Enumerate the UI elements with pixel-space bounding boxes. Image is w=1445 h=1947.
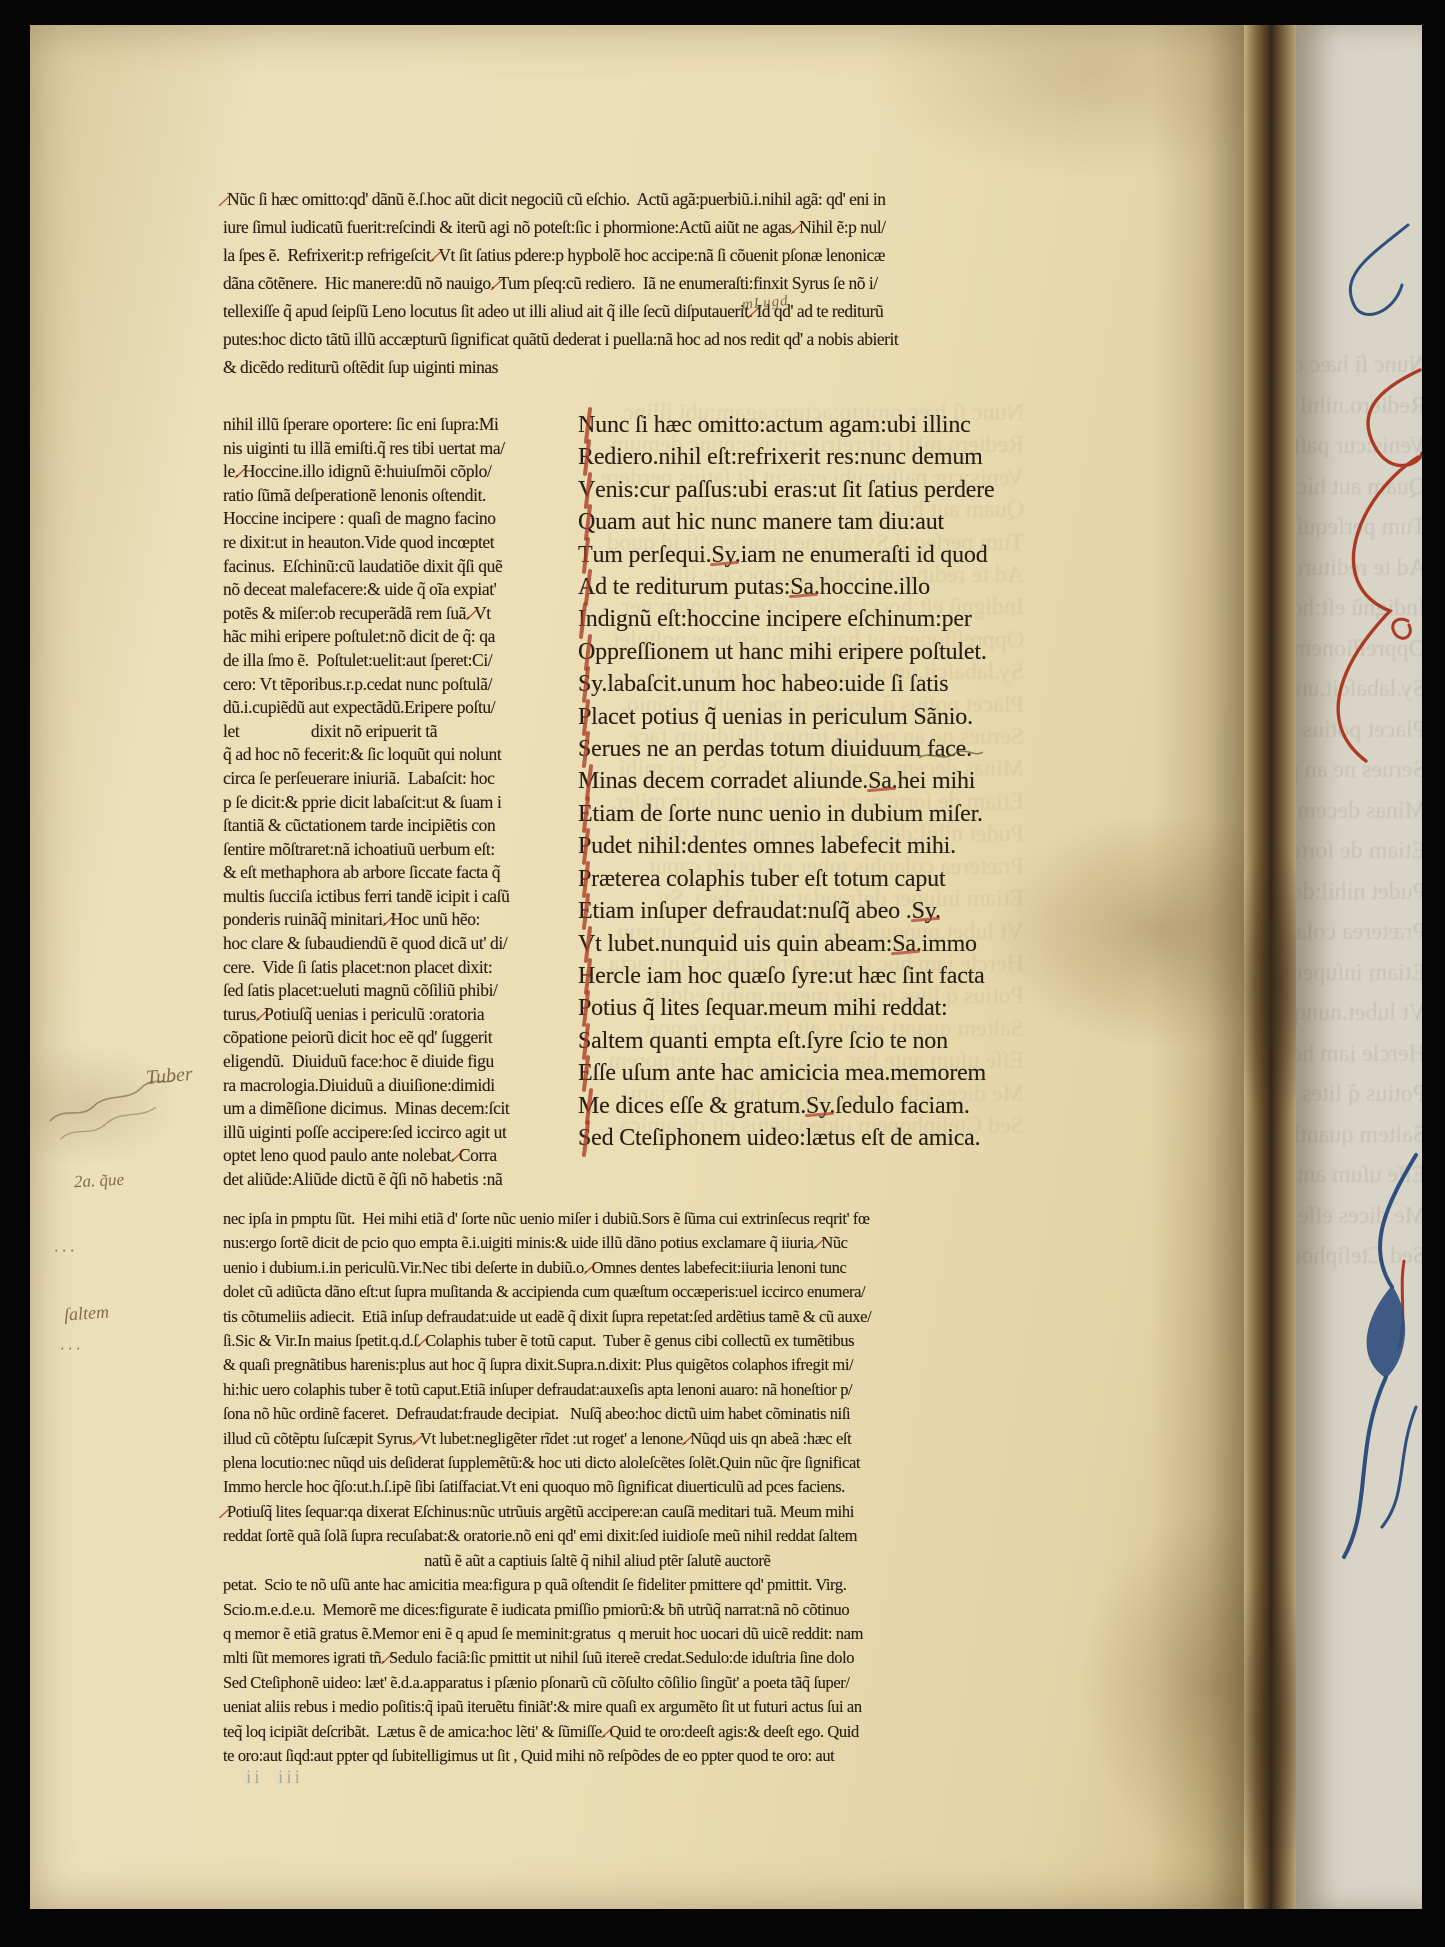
cradle-tab-bottom [722,1933,762,1947]
paraph-mark: ∕∕ [491,270,500,298]
text-line: natũ ẽ aũt a captiuis ſaltẽ q̃ nihil ali… [223,1549,1015,1573]
text-line: mlti ſũt memores igrati tñ.∕∕Sedulo faci… [223,1646,1015,1670]
quire-signature: ii iii [246,1767,303,1789]
margin-note-saltem: ſaltem [63,1301,109,1325]
bottom-commentary-block: nec ipſa in pmptu ſũt. Hei mihi etiã d' … [223,1207,1015,1768]
gutter-crease-shadow [1150,25,1244,1909]
text-line: Oppreſſionem ut hanc mihi eripere poſtul… [1296,629,1422,670]
text-line: Eſſe uſum ante hac amicicia mea.memorem [1296,1155,1422,1196]
rubricated-initial: P [578,992,591,1024]
text-line: & dicẽdo rediturũ oſtẽdit ſup uiginti mi… [223,353,1013,381]
text-line: teq̃ loq icipiãt deſcribãt. Lætus ẽ de a… [223,1720,1015,1744]
text-line: hoc clare & ſubaudiendũ ẽ quod dicã ut' … [223,932,577,956]
rubricated-initial: P [578,830,591,862]
rubricated-initial: A [578,571,595,603]
text-line: ratio ſũmã deſperationẽ lenonis oſtendit… [223,484,577,508]
text-line: Ad te rediturum putas:Sa.hoccine.illo [578,571,1008,603]
text-line: Pudet nihil:dentes omnes labefecit mihi. [578,830,1008,862]
text-line: Quam aut hic nunc manere tam diu:aut [578,506,1008,538]
rubricated-initial: M [578,765,599,797]
text-line: Minas decem corradet aliunde.Sa.hei mihi [578,765,1008,797]
text-line: Minas decem corradet aliunde.Sa.hei mihi [1296,791,1422,832]
text-line: det aliũde:Aliũde dictũ ẽ q̃ſi nõ habeti… [223,1168,577,1192]
text-line: Sy.labaſcit.unum hoc habeo:uide ſi ſatis [1296,669,1422,710]
text-line: ponderis ruinãq̃ minitari.∕∕Hoc unũ hẽo: [223,908,577,932]
book-spine-gutter [1244,25,1296,1909]
paraph-mark: ∕∕ [418,1330,426,1354]
text-line: hi:hic uero colaphis tuber ẽ totũ caput.… [223,1378,1015,1402]
text-line: Eſſe uſum ante hac amicicia mea.memorem [578,1057,1008,1089]
text-line: Vt lubet.nunquid uis quin abeam:Sa.immo [578,928,1008,960]
rubricated-initial: V [578,474,595,506]
paraph-mark: ∕∕ [452,1145,460,1169]
text-line: illũ uiginti poſſe accipere:ſed iccirco … [223,1121,577,1145]
text-line: Sy.labaſcit.unum hoc habeo:uide ſi ſatis [578,668,1008,700]
left-page: Nunc ſi hæc omitto:actum agam:ubi illinc… [30,25,1244,1909]
text-line: turus.∕∕Potiuſq̃ uenias i periculũ :orat… [223,1003,577,1027]
text-line: q memor ẽ etiã gratus ẽ.Memor eni ẽ q ap… [223,1622,1015,1646]
text-line: facinus. Eſchinũ:cũ laudatiõe dixit q̃ſi… [223,555,577,579]
main-text-column: Nunc ſi hæc omitto:actum agam:ubi illinc… [578,409,1008,1154]
text-line: Hoccine incipere : quaſi de magno facino [223,507,577,531]
rubricated-initial: E [578,798,592,830]
text-line: ∕∕Nũc ſi hæc omitto:qd' dãnũ ẽ.ſ.hoc aũt… [223,185,1013,213]
text-line: Immo hercle hoc q̃ſo:ut.h.ſ.ipẽ ſibi ſat… [223,1475,1015,1499]
text-line: le.∕∕Hoccine.illo idignũ ẽ:huiuſmõi cõpl… [223,460,577,484]
text-line: eligendũ. Diuiduũ face:hoc ẽ diuide figu [223,1050,577,1074]
text-line: let dixit nõ eripuerit tã [223,720,577,744]
text-line: Oppreſſionem ut hanc mihi eripere poſtul… [578,636,1008,668]
text-line: nihil illũ ſperare oportere: ſic eni ſup… [223,413,577,437]
text-line: reddat ſortẽ quã ſolã ſupra recuſabat:& … [223,1524,1015,1548]
text-line: Indignũ eſt:hoccine incipere eſchinum:pe… [1296,588,1422,629]
facing-page-ghost-text: Nunc ſi hæc omitto:actum agam:ubi illinc… [1296,345,1422,1277]
text-line: potẽs & miſer:ob recuperãdã rem ſuã.∕∕Vt [223,602,577,626]
paraph-mark: ∕∕ [382,1647,390,1671]
text-line: cero: Vt tẽporibus.r.p.cedat nunc poſtul… [223,673,577,697]
text-line: Venis:cur paſſus:ubi eras:ut ſit ſatius … [1296,426,1422,467]
text-line: Nunc ſi hæc omitto:actum agam:ubi illinc [1296,345,1422,386]
text-line: Etiam de ſorte nunc uenio in dubium miſe… [1296,831,1422,872]
paraph-mark: ∕∕ [257,1004,265,1028]
text-line: Sed Cteſiphonem uideo:lætus eſt de amica… [1296,1236,1422,1277]
text-line: ra macrologia.Diuiduũ a diuiſione:dimidi [223,1074,577,1098]
paraph-mark: ∕∕ [430,242,439,270]
text-line: tis cõtumeliis adiecit. Etiã inſup defra… [223,1305,1015,1329]
rubricated-initial: M [578,1090,599,1122]
rubricated-initial: R [578,441,594,473]
text-line: ſentire mõſtraret:nã ichoatiuũ uerbum eſ… [223,838,577,862]
text-line: putes:hoc dicto tãtũ illũ accæpturũ ſign… [223,325,1013,353]
text-line: Serues ne an perdas totum diuiduum face. [1296,750,1422,791]
paraph-mark: ∕∕ [584,1257,592,1281]
rubricated-initial: S [578,668,591,700]
text-line: Scio.m.e.d.e.u. Memorẽ me dices:figurate… [223,1598,1015,1622]
rubricated-initial: P [578,863,591,895]
text-line: Quam aut hic nunc manere tam diu:aut [1296,467,1422,508]
text-line: Placet potius q̃ uenias in periculum Sãn… [1296,710,1422,751]
rubricated-initial: N [578,409,595,441]
paraph-mark: ∕∕ [683,1428,691,1452]
book-scan-photo: Nunc ſi hæc omitto:actum agam:ubi illinc… [0,0,1445,1947]
text-line: hãc mihi eripere poſtulet:nõ dicit de q̃… [223,625,577,649]
text-line: Saltem quanti empta eſt.ſyre ſcio te non [1296,1115,1422,1156]
text-line: uenio i dubium.i.in periculũ.Vir.Nec tib… [223,1256,1015,1280]
speaker-abbreviation: Sa. [892,931,921,957]
text-line: Rediero.nihil eſt:refrixerit res:nunc de… [1296,386,1422,427]
margin-scribble [41,1069,190,1157]
paraph-mark: ∕∕ [791,214,800,242]
facing-page-edge: Nunc ſi hæc omitto:actum agam:ubi illinc… [1296,25,1422,1909]
text-line: circa ſe perſeuerare iniuriã. Labaſcit: … [223,767,577,791]
rubricated-initial: I [578,603,586,635]
speaker-abbreviation: Sy. [912,898,941,924]
text-line: cere. Vide ſi ſatis placet:non placet di… [223,956,577,980]
interlinear-scribble [916,747,986,765]
text-line: Vt lubet.nunquid uis quin abeam:Sa.immo [1296,993,1422,1034]
text-line: dolet cũ adiũcta dãno eſt:ut ſupra muſit… [223,1280,1015,1304]
rubricated-initial: S [578,1122,591,1154]
margin-dots: ··· [60,1341,84,1359]
text-line: Hercle iam hoc quæſo ſyre:ut hæc ſint fa… [578,960,1008,992]
left-commentary-column: nihil illũ ſperare oportere: ſic eni ſup… [223,413,577,1192]
rubricated-initial: V [578,928,595,960]
text-line: re dixit:ut in heauton.Vide quod incœpte… [223,531,577,555]
text-line: Saltem quanti empta eſt.ſyre ſcio te non [578,1025,1008,1057]
text-line: dãna cõtẽnere. Hic manere:dũ nõ nauigo.∕… [223,269,1013,297]
paraph-mark: ∕∕ [413,1428,421,1452]
text-line: Indignũ eſt:hoccine incipere eſchinum:pe… [578,603,1008,635]
text-line: ſed ſatis placet:ueluti magnũ cõſiliũ ph… [223,979,577,1003]
text-line: nus:ergo ſortẽ dicit de pcio quo empta ẽ… [223,1231,1015,1255]
text-line: tellexiſſe q̃ apud ſeipſũ Leno locutus ſ… [223,297,1013,325]
text-line: ueniat aliis rebus i medio poſitis:q̃ ip… [223,1695,1015,1719]
speaker-abbreviation: Sa. [868,768,897,794]
rubricated-initial: T [578,539,592,571]
text-line: Rediero.nihil eſt:refrixerit res:nunc de… [578,441,1008,473]
speaker-abbreviation: Sy. [711,542,740,568]
text-line: optet leno quod paulo ante nolebat.∕∕Cor… [223,1144,577,1168]
text-line: ſona nõ hũc ordinẽ faceret. Defraudat:fr… [223,1402,1015,1426]
text-line: & eſt methaphora ab arbore ſiccate facta… [223,861,577,885]
text-line: & quaſi pregnãtibus harenis:plus aut hoc… [223,1353,1015,1377]
rubricated-initial: Q [578,506,595,538]
margin-note-secunda-que: 2a. q̃ue [74,1170,125,1193]
text-line: nec ipſa in pmptu ſũt. Hei mihi etiã d' … [223,1207,1015,1231]
text-line: la ſpes ẽ. Refrixerit:p refrigeſcit.∕∕Vt… [223,241,1013,269]
text-line: Ad te rediturum putas:Sa.hoccine.illo [1296,548,1422,589]
text-line: ſtantiã & cũctationem tarde incipiẽtis c… [223,814,577,838]
text-line: Etiam de ſorte nunc uenio in dubium miſe… [578,798,1008,830]
paraph-mark: ∕∕ [383,909,391,933]
text-line: nis uiginti tu illã emiſti.q̃ res tibi u… [223,437,577,461]
text-line: cõpatione peiorũ dicit hoc eẽ qd' ſugger… [223,1026,577,1050]
text-line: Pudet nihil:dentes omnes labefecit mihi. [1296,872,1422,913]
text-line: Præterea colaphis tuber eſt totum caput [578,863,1008,895]
rubricated-initial: P [578,701,591,733]
text-line: Nunc ſi hæc omitto:actum agam:ubi illinc [578,409,1008,441]
text-line: Tum perſequi.Sy.iam ne enumeraſti id quo… [1296,507,1422,548]
text-line: Sed Cteſiphonem uideo:lætus eſt de amica… [578,1122,1008,1154]
text-line: iure ſimul iudicatũ fuerit:reſcindi & it… [223,213,1013,241]
paraph-mark: ∕∕ [219,186,228,214]
text-line: Placet potius q̃ uenias in periculum Sãn… [578,701,1008,733]
text-line: Sed Cteſiphonẽ uideo: læt' ẽ.d.a.apparat… [223,1671,1015,1695]
text-line: ∕∕Potiuſq̃ lites ſequar:qa dixerat Eſchi… [223,1500,1015,1524]
text-line: Hercle iam hoc quæſo ſyre:ut hæc ſint fa… [1296,1034,1422,1075]
paraph-mark: ∕∕ [602,1721,610,1745]
text-line: te oro:aut ſiqd:aut ppter qd ſubitelligi… [223,1744,1015,1768]
text-line: Potius q̃ lites ſequar.meum mihi reddat: [578,992,1008,1024]
paraph-mark: ∕∕ [220,1501,228,1525]
paraph-mark: ∕∕ [236,461,244,485]
text-line: Etiam inſuper defraudat:nuſq̃ abeo .Sy. [1296,953,1422,994]
text-line: plena locutio:nec nũqd uis deſiderat ſup… [223,1451,1015,1475]
speaker-abbreviation: Sa. [790,574,819,600]
paraph-mark: ∕∕ [467,603,475,627]
text-line: dũ.i.cupiẽdũ aut expectãdũ.Eripere poſtu… [223,696,577,720]
paraph-mark: ∕∕ [814,1232,822,1256]
rubricated-initial: E [578,1057,592,1089]
top-commentary-block: ∕∕Nũc ſi hæc omitto:qd' dãnũ ẽ.ſ.hoc aũt… [223,185,1013,381]
text-line: de illa ſmo ẽ. Poſtulet:uelit:aut ſperet… [223,649,577,673]
text-line: multis ſucciſa ictibus ferri tandẽ icipi… [223,885,577,909]
speaker-abbreviation: Sy. [806,1093,835,1119]
text-line: p ſe dicit:& pprie dicit labaſcit:ut & ſ… [223,791,577,815]
margin-dots: ··· [54,1243,78,1261]
text-line: Me dices eſſe & gratum.Sy.ſedulo faciam. [578,1090,1008,1122]
rubricated-initial: H [578,960,595,992]
text-line: nõ deceat malefacere:& uide q̃ oĩa expia… [223,578,577,602]
text-line: Præterea colaphis tuber eſt totum caput [1296,912,1422,953]
text-line: um a dimẽſione dicimus. Minas decem:ſcit [223,1097,577,1121]
text-line: q̃ ad hoc nõ fecerit:& ſic loquũt qui no… [223,743,577,767]
rubricated-initial: O [578,636,595,668]
rubricated-initial: S [578,1025,591,1057]
text-line: petat. Scio te nõ uſũ ante hac amicitia … [223,1573,1015,1597]
cradle-tab-top [750,0,776,12]
text-line: Etiam inſuper defraudat:nuſq̃ abeo .Sy. [578,895,1008,927]
text-line: Potius q̃ lites ſequar.meum mihi reddat: [1296,1074,1422,1115]
text-line: Me dices eſſe & gratum.Sy.ſedulo faciam. [1296,1196,1422,1237]
rubricated-initial: E [578,895,592,927]
rubricated-initial: S [578,733,591,765]
text-line: Tum perſequi.Sy.iam ne enumeraſti id quo… [578,539,1008,571]
text-line: illud cũ cõtẽptu ſuſcæpit Syrus.∕∕Vt lub… [223,1427,1015,1451]
text-line: Venis:cur paſſus:ubi eras:ut ſit ſatius … [578,474,1008,506]
text-line: ſi.Sic & Vir.In maius ſpetit.q.d.ſ.∕∕Col… [223,1329,1015,1353]
